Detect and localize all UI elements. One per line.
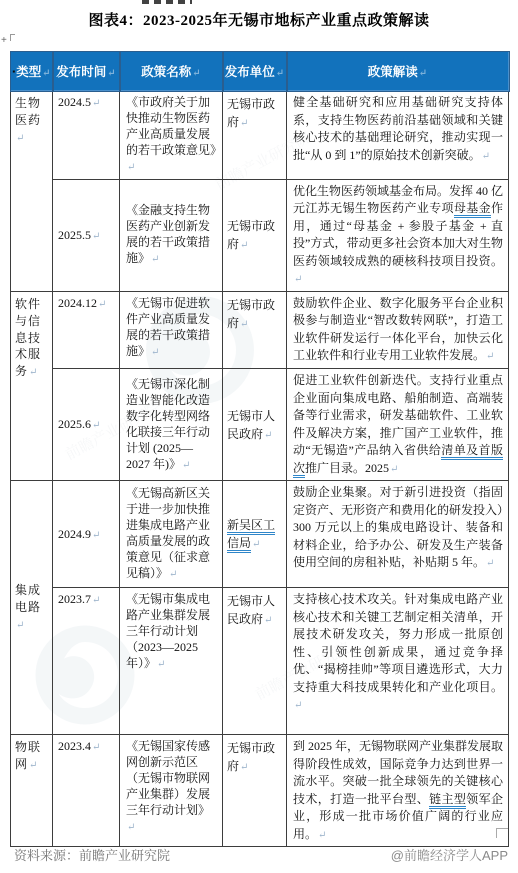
policy-name: 《金融支持生物医药产业创新发展的若干政策措施》 <box>126 203 210 265</box>
policy-table: 类型↵发布时间↵政策名称↵发布单位↵政策解读↵ 生物医药↵2024.5↵《市政府… <box>10 51 509 847</box>
cell-text: 无锡市政府 <box>227 741 275 773</box>
cell-policy-interpretation: 到 2025 年，无锡物联网产业集群发展取得阶段性成效，国际竞争力达到世界一流水… <box>287 735 509 847</box>
paragraph-mark: ↵ <box>92 530 100 541</box>
cell-publish-unit: 无锡市政府↵ <box>223 91 287 180</box>
cell-industry-type: 集成电路↵ <box>11 481 53 735</box>
industry-type-label: 软件与信息技术服务 <box>15 297 41 378</box>
cell-policy-interpretation: 促进工业软件创新迭代。支持行业重点企业面向集成电路、船舶制造、高端装备等行业需求… <box>287 369 509 481</box>
cell-publish-date: 2024.5↵ <box>53 91 120 180</box>
cell-policy-name: 《无锡高新区关于进一步加快推进集成电路产业高质量发展的政策意见（征求意见稿）》↵ <box>120 481 223 588</box>
cell-policy-name: 《无锡市促进软件产业高质量发展的若干政策措施》↵ <box>120 291 223 368</box>
industry-type-label: 集成电路 <box>15 583 41 614</box>
paragraph-mark: ↵ <box>151 254 159 265</box>
cell-text: 支持核心技术攻关。针对集成电路产业核心技术和关键工艺制定相关清单，开展技术研发攻… <box>293 592 503 694</box>
policy-name: 《无锡市深化制造业智能化改造数字化转型网络化联接三年行动计划 (2025—202… <box>126 377 210 471</box>
paragraph-mark: ↵ <box>16 133 25 144</box>
paragraph-mark: ↵ <box>92 742 100 753</box>
linked-term[interactable]: 新吴区工信局 <box>227 518 275 553</box>
paragraph-mark: ↵ <box>318 830 326 841</box>
cell-publish-date: 2025.5↵ <box>53 179 120 291</box>
paragraph-mark: ↵ <box>98 299 106 310</box>
table-resize-handle[interactable] <box>496 828 508 838</box>
credit-note: @前瞻经济学人APP <box>391 845 508 864</box>
source-note: 资料来源：前瞻产业研究院 <box>14 845 170 864</box>
cell-policy-name: 《无锡市深化制造业智能化改造数字化转型网络化联接三年行动计划 (2025—202… <box>120 369 223 481</box>
policy-name: 《无锡市促进软件产业高质量发展的若干政策措施》 <box>126 296 210 358</box>
paragraph-mark: ↵ <box>169 569 177 580</box>
linked-term[interactable]: 链主型 <box>429 792 466 809</box>
cell-text: 鼓励软件企业、数字化服务平台企业积极参与制造业“智改数转网联”，打造工业软件研发… <box>293 296 503 363</box>
cell-publish-date: 2024.9↵ <box>53 481 120 588</box>
column-header-label: 政策解读 <box>368 65 418 79</box>
cell-policy-name: 《市政府关于加快推动生物医药产业高质量发展的若干政策意见》↵ <box>120 91 223 180</box>
paragraph-mark: ↵ <box>240 118 248 129</box>
cell-industry-type: 软件与信息技术服务↵ <box>11 291 53 480</box>
table-row: 生物医药↵2024.5↵《市政府关于加快推动生物医药产业高质量发展的若干政策意见… <box>11 91 509 180</box>
paragraph-mark: ↵ <box>92 420 100 431</box>
cell-publish-date: 2023.7↵ <box>53 588 120 735</box>
table-row: 集成电路↵2024.9↵《无锡高新区关于进一步加快推进集成电路产业高质量发展的政… <box>11 481 509 588</box>
cell-text: 无锡市政府 <box>227 298 275 330</box>
publish-date: 2025.5 <box>58 228 91 242</box>
paragraph-mark: ↵ <box>182 460 190 471</box>
column-header-5: 政策解读↵ <box>287 52 509 91</box>
cropped-text-artifact <box>142 0 192 4</box>
table-row: 软件与信息技术服务↵2024.12↵《无锡市促进软件产业高质量发展的若干政策措施… <box>11 291 509 368</box>
cell-policy-interpretation: 鼓励软件企业、数字化服务平台企业积极参与制造业“智改数转网联”，打造工业软件研发… <box>287 291 509 368</box>
table-move-handle-icon[interactable]: + <box>1 34 15 46</box>
paragraph-mark: ↵ <box>92 98 100 109</box>
paragraph-mark: ↵ <box>482 151 490 162</box>
cell-text: 推广目录。2025 <box>305 461 389 475</box>
policy-name: 《市政府关于加快推动生物医药产业高质量发展的若干政策意见》 <box>126 95 222 157</box>
paragraph-mark: ↵ <box>16 620 25 631</box>
cell-publish-date: 2023.4↵ <box>53 735 120 847</box>
chart-title: 图表4：2023-2025年无锡市地标产业重点政策解读 <box>0 9 518 30</box>
paragraph-mark: ↵ <box>92 231 100 242</box>
cell-publish-unit: 新吴区工信局↵ <box>223 481 287 588</box>
cell-publish-unit: 无锡市人民政府↵ <box>223 588 287 735</box>
paragraph-mark: ↵ <box>419 68 427 79</box>
column-header-1: 类型↵ <box>11 52 53 91</box>
publish-date: 2023.4 <box>58 739 91 753</box>
cell-publish-unit: 无锡市政府↵ <box>223 179 287 291</box>
cell-policy-interpretation: 支持核心技术攻关。针对集成电路产业核心技术和关键工艺制定相关清单，开展技术研发攻… <box>287 588 509 735</box>
cell-publish-unit: 无锡市人民政府↵ <box>223 369 287 481</box>
paragraph-mark: ↵ <box>192 68 200 79</box>
cell-policy-name: 《无锡市集成电路产业集群发展三年行动计划（2023—2025 年）》↵ <box>120 588 223 735</box>
cell-text: 无锡市政府 <box>227 219 275 251</box>
paragraph-mark: ↵ <box>107 68 115 79</box>
cell-policy-name: 《金融支持生物医药产业创新发展的若干政策措施》↵ <box>120 179 223 291</box>
cell-publish-unit: 无锡市政府↵ <box>223 291 287 368</box>
cell-publish-date: 2025.6↵ <box>53 369 120 481</box>
paragraph-mark: ↵ <box>276 68 284 79</box>
publish-date: 2024.9 <box>58 527 91 541</box>
paragraph-mark: ↵ <box>127 162 135 173</box>
paragraph-mark: ↵ <box>29 367 38 378</box>
paragraph-mark: ↵ <box>157 659 165 670</box>
cell-text: 无锡市政府 <box>227 97 275 129</box>
cell-industry-type: 物联网↵ <box>11 735 53 847</box>
paragraph-mark: ↵ <box>252 539 260 550</box>
paragraph-mark: ↵ <box>486 351 494 362</box>
policy-name: 《无锡高新区关于进一步加快推进集成电路产业高质量发展的政策意见（征求意见稿）》 <box>126 486 210 580</box>
cell-policy-interpretation: 健全基础研究和应用基础研究支持体系，支持生物医药前沿基础领域和关键核心技术的基础… <box>287 91 509 180</box>
paragraph-mark: ↵ <box>92 595 100 606</box>
publish-date: 2025.6 <box>58 417 91 431</box>
table-row: 2023.7↵《无锡市集成电路产业集群发展三年行动计划（2023—2025 年）… <box>11 588 509 735</box>
cell-industry-type: 生物医药↵ <box>11 91 53 292</box>
column-header-label: 类型 <box>12 65 41 79</box>
paragraph-mark: ↵ <box>294 274 302 285</box>
column-header-label: 发布单位 <box>225 65 275 79</box>
paragraph-mark: ↵ <box>294 700 302 711</box>
cell-policy-name: 《无锡国家传感网创新示范区（无锡市物联网产业集群）发展三年行动计划》↵ <box>120 735 223 847</box>
paragraph-mark: ↵ <box>390 464 398 475</box>
document-page: 图表4：2023-2025年无锡市地标产业重点政策解读 + 前瞻产业研究院 前瞻… <box>0 0 518 873</box>
column-header-label: 政策名称 <box>141 65 191 79</box>
paragraph-mark: ↵ <box>127 822 135 833</box>
paragraph-mark: ↵ <box>240 240 248 251</box>
cell-policy-interpretation: 优化生物医药领域基金布局。发挥 40 亿元江苏无锡生物医药产业专项母基金作用，通… <box>287 179 509 291</box>
industry-type-label: 生物医药 <box>15 96 41 127</box>
paragraph-mark: ↵ <box>42 68 50 79</box>
paragraph-mark: ↵ <box>264 430 272 441</box>
paragraph-mark: ↵ <box>240 762 248 773</box>
cell-policy-interpretation: 鼓励企业集聚。对于新引进投资（指固定资产、无形资产和费用化的研发投入）300 万… <box>287 481 509 588</box>
paragraph-mark: ↵ <box>29 760 38 771</box>
cell-text: 鼓励企业集聚。对于新引进投资（指固定资产、无形资产和费用化的研发投入）300 万… <box>293 485 503 569</box>
paragraph-mark: ↵ <box>486 558 494 569</box>
publish-date: 2024.5 <box>58 95 91 109</box>
table-row: 2025.6↵《无锡市深化制造业智能化改造数字化转型网络化联接三年行动计划 (2… <box>11 369 509 481</box>
publish-date: 2024.12 <box>58 296 97 310</box>
cell-publish-unit: 无锡市政府↵ <box>223 735 287 847</box>
column-header-3: 政策名称↵ <box>120 52 223 91</box>
policy-name: 《无锡市集成电路产业集群发展三年行动计划（2023—2025 年）》 <box>126 592 210 670</box>
table-header: 类型↵发布时间↵政策名称↵发布单位↵政策解读↵ <box>11 52 509 91</box>
linked-term[interactable]: 母基金 <box>454 201 491 218</box>
cell-publish-date: 2024.12↵ <box>53 291 120 368</box>
cell-text: 健全基础研究和应用基础研究支持体系，支持生物医药前沿基础领域和关键核心技术的基础… <box>293 95 503 162</box>
policy-name: 《无锡国家传感网创新示范区（无锡市物联网产业集群）发展三年行动计划》 <box>126 739 210 817</box>
publish-date: 2023.7 <box>58 592 91 606</box>
paragraph-mark: ↵ <box>240 319 248 330</box>
table-row: 物联网↵2023.4↵《无锡国家传感网创新示范区（无锡市物联网产业集群）发展三年… <box>11 735 509 847</box>
paragraph-mark: ↵ <box>151 347 159 358</box>
paragraph-mark: ↵ <box>264 615 272 626</box>
column-header-2: 发布时间↵ <box>53 52 120 91</box>
column-header-4: 发布单位↵ <box>223 52 287 91</box>
table-row: 2025.5↵《金融支持生物医药产业创新发展的若干政策措施》↵无锡市政府↵优化生… <box>11 179 509 291</box>
column-header-label: 发布时间 <box>56 65 106 79</box>
